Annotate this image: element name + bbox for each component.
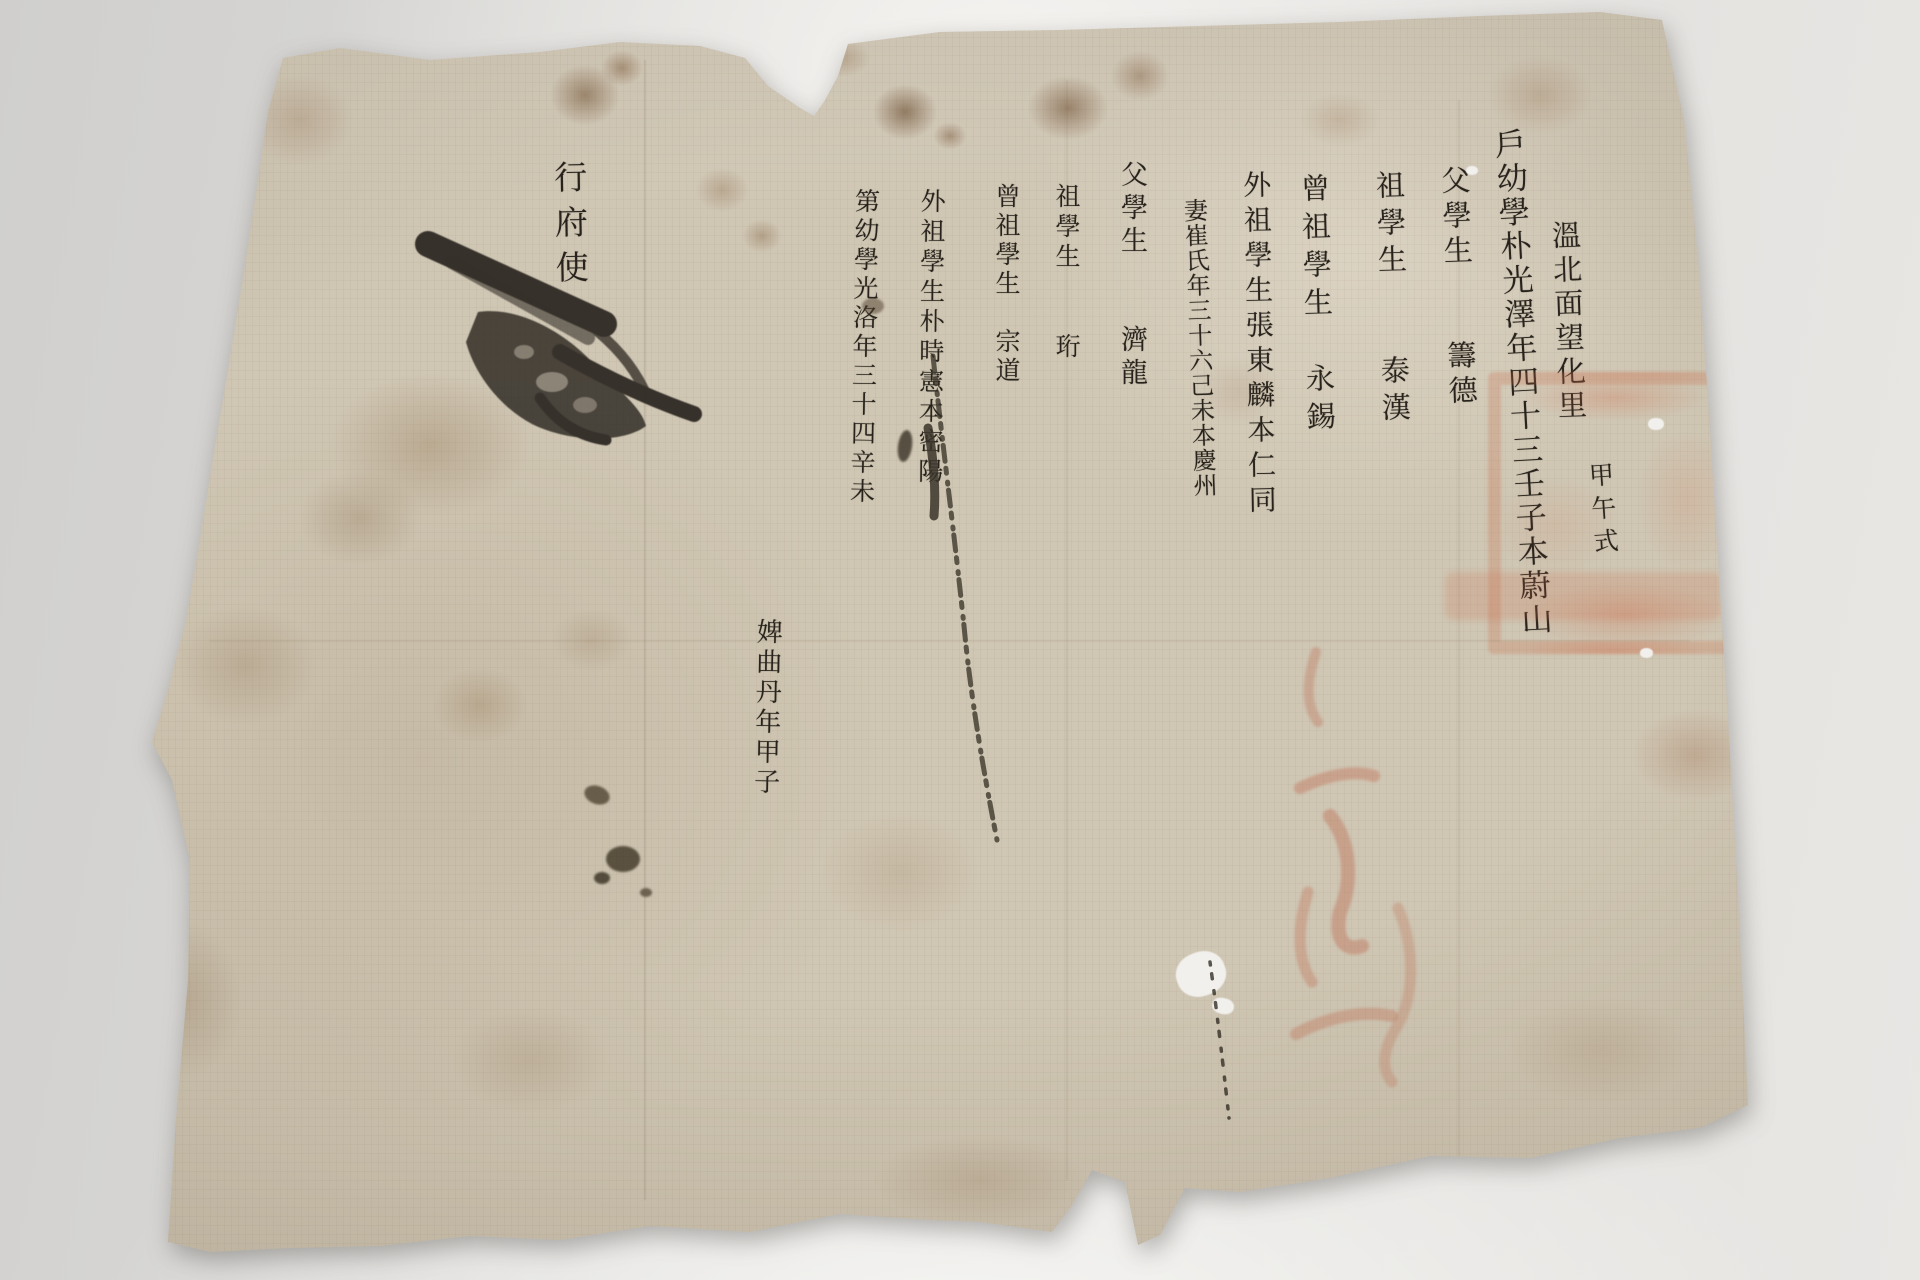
column-great-grandfather: 曾祖學生 永錫: [1294, 173, 1342, 440]
torn-hole: [1211, 996, 1236, 1016]
paper-crease: [210, 640, 1690, 642]
official-seal-stamp-lower-band: [1445, 572, 1721, 620]
ink-smudge: [640, 888, 652, 897]
paper-crease: [1458, 100, 1460, 1160]
column-maternal-grandfather: 外祖學生張東麟本仁同: [1235, 170, 1281, 521]
red-ink-scribble: [1296, 652, 1411, 1082]
column-brother: 第幼學光洛年三十四辛未: [842, 188, 884, 508]
paper-fleck: [1648, 418, 1664, 430]
column-grandfather: 祖學生 泰漢: [1369, 170, 1417, 430]
paper-crease: [644, 60, 646, 1200]
ink-smudge: [594, 872, 610, 884]
paper-shadow-wrap: 溫北面望化里 戶幼學朴光澤年四十三壬子本蔚山 甲午式 父學生 籌德 祖學生 泰漢…: [0, 0, 1920, 1280]
column-wife: 妻崔氏年三十六己未本慶州: [1176, 197, 1221, 498]
ink-smudge: [606, 846, 640, 872]
document-paper: 溫北面望化里 戶幼學朴光澤年四十三壬子本蔚山 甲午式 父學生 籌德 祖學生 泰漢…: [0, 0, 1920, 1280]
ink-smudge: [582, 782, 613, 808]
paper-crease: [1066, 80, 1068, 1180]
torn-hole: [1170, 945, 1232, 1003]
paper-fleck: [1466, 166, 1478, 175]
column-wife-great-grandfather: 曾祖學生 宗道: [988, 183, 1024, 386]
column-wife-maternal-grandfather: 外祖學生朴時憲本密陽: [911, 188, 950, 488]
ink-smudge: [862, 298, 884, 314]
column-wife-father: 父學生 濟龍: [1112, 160, 1151, 391]
photo-of-document: 溫北面望化里 戶幼學朴光澤年四十三壬子本蔚山 甲午式 父學生 籌德 祖學生 泰漢…: [0, 0, 1920, 1280]
column-slave: 婢曲丹年甲子: [746, 618, 786, 799]
column-magistrate-title: 行府使: [545, 160, 594, 296]
paper-fleck: [1640, 648, 1653, 658]
